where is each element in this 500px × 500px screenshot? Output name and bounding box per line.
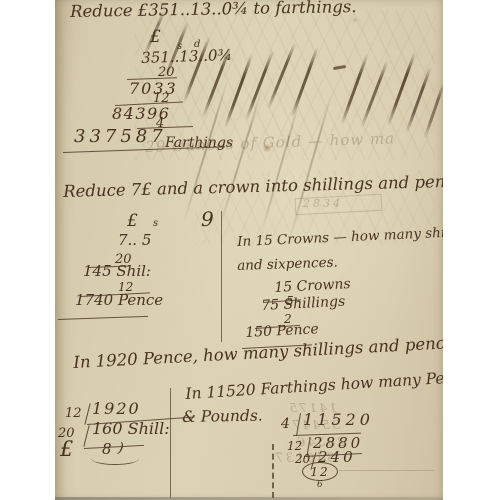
column-divider: [221, 211, 222, 342]
problem3-statement-line2: and sixpences.: [237, 256, 338, 273]
dashed-divider: [272, 444, 274, 498]
currency-header-pounds: £: [150, 29, 161, 46]
division4-divisor-12: 12: [65, 407, 82, 420]
sum3-crowns: 15 Crowns: [274, 277, 351, 295]
manuscript-page: 29 Ounces of Gold — how ma 2834 14175 35…: [55, 0, 443, 500]
sum2-pence: 1740 Pence: [75, 293, 163, 308]
division5-divisor-12: 12: [287, 440, 302, 452]
currency-header-pounds: £: [127, 213, 138, 230]
division5-dividend: 11520: [303, 412, 374, 428]
column-divider: [170, 388, 171, 498]
ghost-rule: [339, 470, 434, 471]
division4-shillings: 160 Shill:: [92, 421, 170, 437]
sum-line: [58, 316, 148, 320]
pen-mark: 6: [317, 481, 323, 490]
question-number: 9: [201, 209, 214, 229]
ghost-number: 2834: [303, 198, 343, 209]
problem5-statement-line1: In 11520 Farthings how many Pence,: [185, 369, 443, 402]
problem5-statement-line2: & Pounds.: [182, 409, 263, 426]
currency-header-shillings: s: [153, 219, 158, 229]
division-bracket: [83, 425, 89, 447]
sum1-amount: 351..13..0¾: [141, 48, 232, 66]
division4-dividend: 1920: [92, 401, 141, 417]
circled-answer: 12: [302, 462, 338, 481]
division-bracket: [84, 403, 90, 425]
division4-pound-sign: £: [60, 439, 73, 460]
pen-flourish: [91, 452, 139, 465]
division5-divisor-4: 4: [281, 417, 290, 431]
sum3-shillings: 75 Shillings: [261, 295, 346, 313]
sum2-shillings: 145 Shil:: [83, 264, 151, 279]
division5-result: 12: [310, 466, 329, 478]
sum1-result: 337587: [74, 128, 167, 146]
sum3-pence: 150 Pence: [245, 322, 319, 340]
sum-line: [84, 445, 144, 449]
sum2-amount: 7.. 5: [118, 233, 151, 248]
